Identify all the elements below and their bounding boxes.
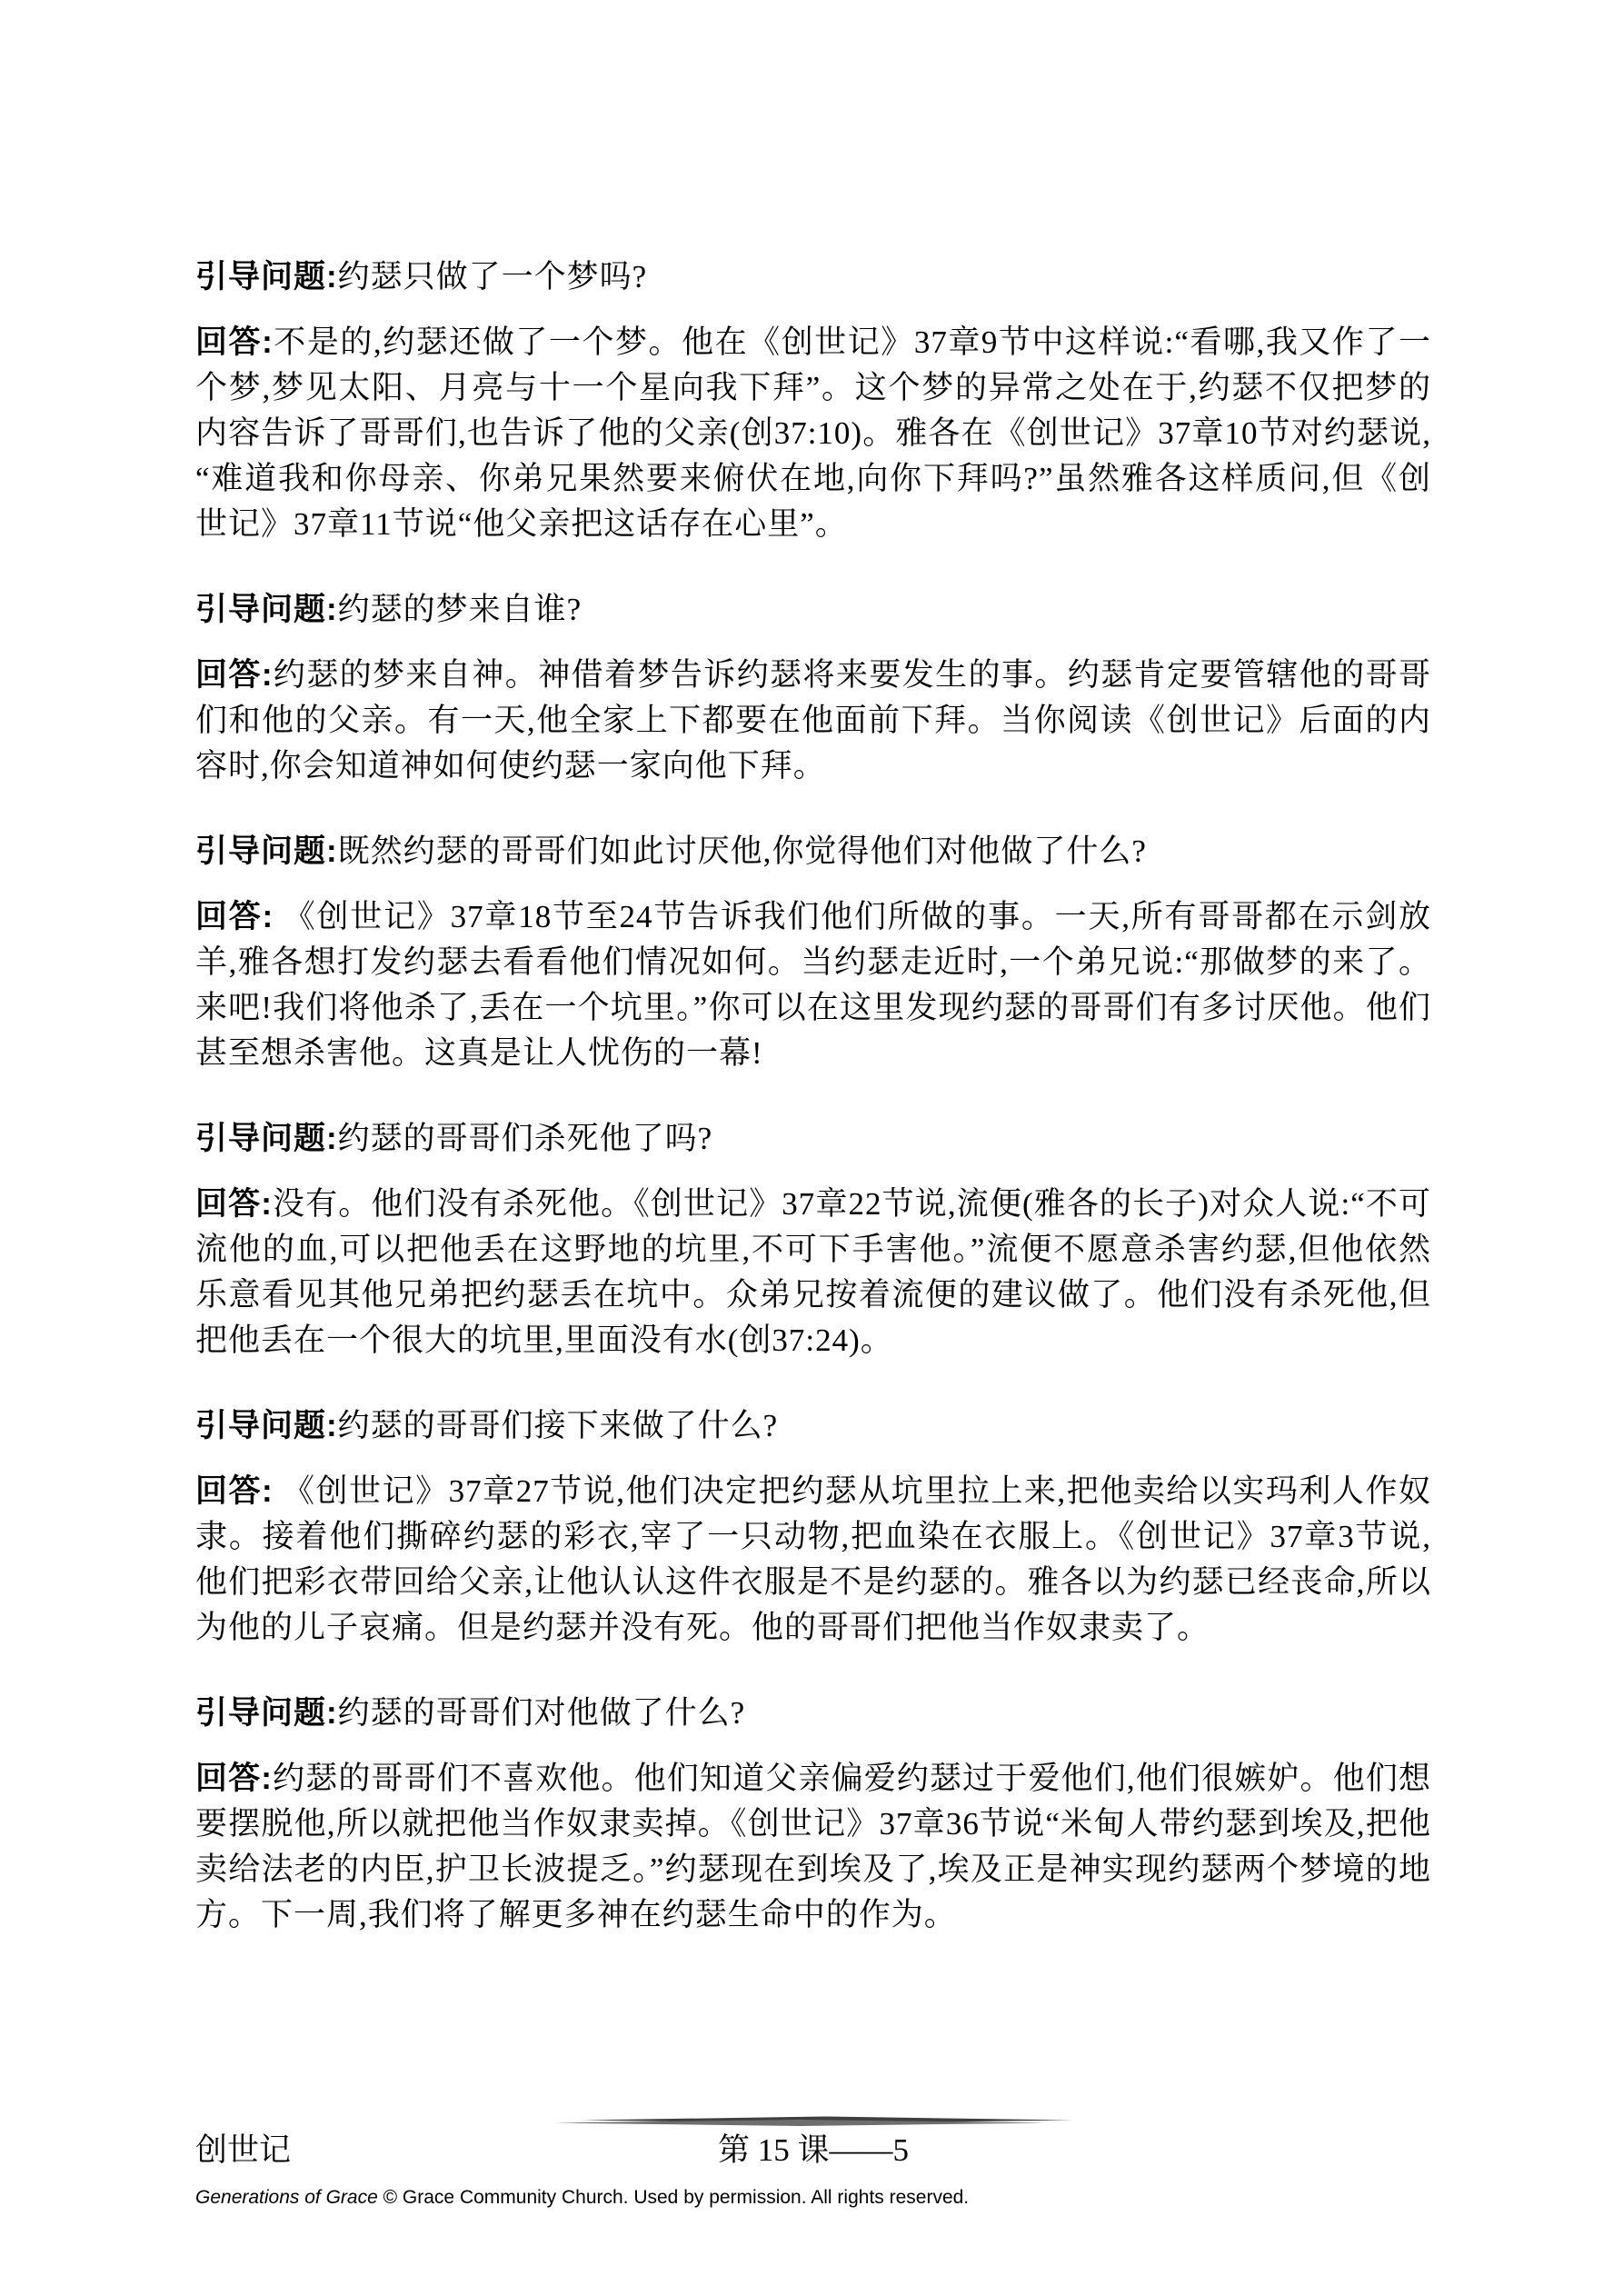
answer-label: 回答: [195, 324, 274, 360]
page-footer: 创世记 第 15 课——5 Generations of Grace © Gra… [195, 2116, 1431, 2210]
answer-text: 《创世记》37章27节说,他们决定把约瑟从坑里拉上来,把他卖给以实玛利人作奴隶。… [195, 1473, 1431, 1645]
qa-section-4: 引导问题:约瑟的哥哥们杀死他了吗? 回答:没有。他们没有杀死他。《创世记》37章… [195, 1116, 1431, 1363]
question-line: 引导问题:约瑟的哥哥们接下来做了什么? [195, 1403, 1431, 1449]
answer-text: 不是的,约瑟还做了一个梦。他在《创世记》37章9节中这样说:“看哪,我又作了一个… [195, 324, 1431, 542]
question-label: 引导问题: [195, 1408, 338, 1443]
copyright-series-title: Generations of Grace [195, 2187, 378, 2208]
answer-text: 没有。他们没有杀死他。《创世记》37章22节说,流便(雅各的长子)对众人说:“不… [195, 1186, 1431, 1358]
question-line: 引导问题:约瑟的哥哥们杀死他了吗? [195, 1116, 1431, 1162]
footer-divider-line [554, 2116, 1072, 2126]
question-label: 引导问题: [195, 592, 338, 627]
question-text: 约瑟的哥哥们对他做了什么? [338, 1695, 746, 1731]
question-label: 引导问题: [195, 834, 338, 869]
question-line: 引导问题:约瑟只做了一个梦吗? [195, 255, 1431, 300]
copyright-line: Generations of Grace © Grace Community C… [195, 2186, 1431, 2210]
answer-label: 回答: [195, 657, 273, 693]
question-text: 约瑟的梦来自谁? [338, 592, 582, 627]
question-line: 引导问题:约瑟的梦来自谁? [195, 587, 1431, 633]
answer-text: 约瑟的梦来自神。神借着梦告诉约瑟将来要发生的事。约瑟肯定要管辖他的哥哥们和他的父… [195, 657, 1431, 784]
question-line: 引导问题:既然约瑟的哥哥们如此讨厌他,你觉得他们对他做了什么? [195, 829, 1431, 874]
answer-paragraph: 回答:不是的,约瑟还做了一个梦。他在《创世记》37章9节中这样说:“看哪,我又作… [195, 320, 1431, 547]
copyright-text: © Grace Community Church. Used by permis… [378, 2187, 969, 2208]
qa-section-6: 引导问题:约瑟的哥哥们对他做了什么? 回答:约瑟的哥哥们不喜欢他。他们知道父亲偏… [195, 1691, 1431, 1938]
qa-section-1: 引导问题:约瑟只做了一个梦吗? 回答:不是的,约瑟还做了一个梦。他在《创世记》3… [195, 255, 1431, 547]
question-text: 约瑟只做了一个梦吗? [338, 259, 648, 294]
question-label: 引导问题: [195, 1695, 338, 1731]
answer-paragraph: 回答:约瑟的梦来自神。神借着梦告诉约瑟将来要发生的事。约瑟肯定要管辖他的哥哥们和… [195, 653, 1431, 789]
footer-book-title: 创世记 [195, 2130, 291, 2171]
answer-label: 回答: [195, 1473, 274, 1509]
answer-text: 约瑟的哥哥们不喜欢他。他们知道父亲偏爱约瑟过于爱他们,他们很嫉妒。他们想要摆脱他… [195, 1761, 1431, 1932]
qa-content: 引导问题:约瑟只做了一个梦吗? 回答:不是的,约瑟还做了一个梦。他在《创世记》3… [195, 255, 1431, 1938]
question-label: 引导问题: [195, 1121, 338, 1156]
answer-label: 回答: [195, 1761, 273, 1796]
answer-paragraph: 回答:约瑟的哥哥们不喜欢他。他们知道父亲偏爱约瑟过于爱他们,他们很嫉妒。他们想要… [195, 1756, 1431, 1938]
answer-paragraph: 回答: 《创世记》37章18节至24节告诉我们他们所做的事。一天,所有哥哥都在示… [195, 894, 1431, 1076]
question-line: 引导问题:约瑟的哥哥们对他做了什么? [195, 1691, 1431, 1736]
qa-section-3: 引导问题:既然约瑟的哥哥们如此讨厌他,你觉得他们对他做了什么? 回答: 《创世记… [195, 829, 1431, 1076]
question-text: 约瑟的哥哥们接下来做了什么? [338, 1408, 779, 1443]
answer-text: 《创世记》37章18节至24节告诉我们他们所做的事。一天,所有哥哥都在示剑放羊,… [195, 899, 1431, 1071]
qa-section-2: 引导问题:约瑟的梦来自谁? 回答:约瑟的梦来自神。神借着梦告诉约瑟将来要发生的事… [195, 587, 1431, 789]
answer-label: 回答: [195, 899, 274, 934]
qa-section-5: 引导问题:约瑟的哥哥们接下来做了什么? 回答: 《创世记》37章27节说,他们决… [195, 1403, 1431, 1651]
question-label: 引导问题: [195, 259, 338, 294]
document-page: { "labels": { "question": "引导问题:", "answ… [0, 0, 1623, 2296]
question-text: 约瑟的哥哥们杀死他了吗? [338, 1121, 713, 1156]
answer-paragraph: 回答: 《创世记》37章27节说,他们决定把约瑟从坑里拉上来,把他卖给以实玛利人… [195, 1469, 1431, 1651]
footer-row: 创世记 第 15 课——5 [195, 2130, 1431, 2171]
question-text: 既然约瑟的哥哥们如此讨厌他,你觉得他们对他做了什么? [338, 834, 1147, 869]
answer-paragraph: 回答:没有。他们没有杀死他。《创世记》37章22节说,流便(雅各的长子)对众人说… [195, 1182, 1431, 1363]
answer-label: 回答: [195, 1186, 273, 1222]
footer-page-number: 第 15 课——5 [195, 2130, 1431, 2171]
